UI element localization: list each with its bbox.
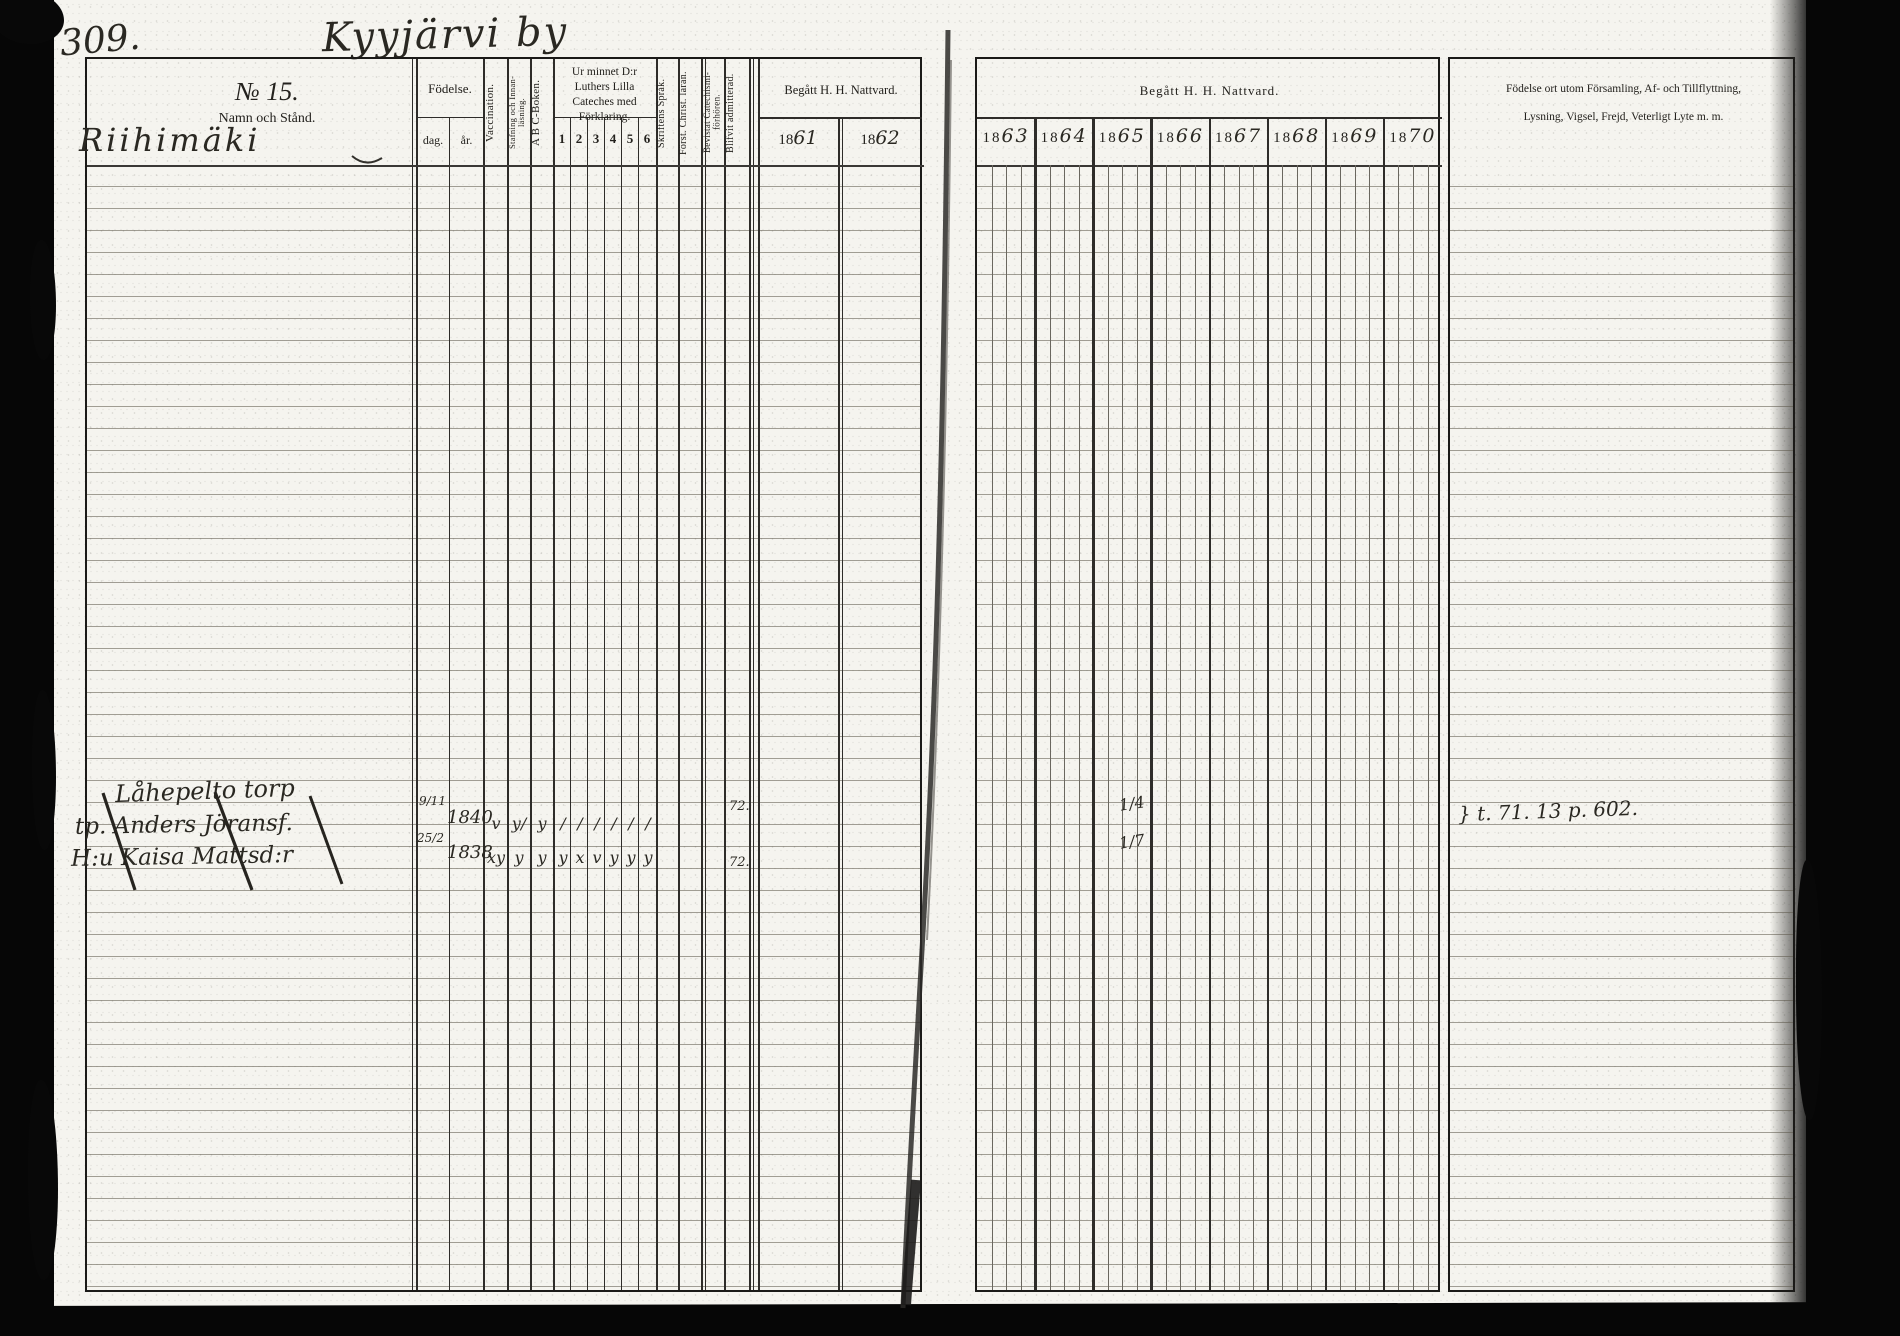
column-line — [570, 117, 571, 1290]
sub-column-line — [1355, 165, 1356, 1290]
row-ruling — [1450, 165, 1793, 1288]
examination-mark: y — [532, 814, 552, 833]
sub-column-line — [1398, 165, 1399, 1290]
scanned-parish-register-page: 309. Kyyjärvi by № 15. Namn och Stånd. F… — [0, 0, 1900, 1336]
examination-mark: xy — [486, 848, 506, 867]
attended-examinations-header: Bevistat Catechismi-förhören. — [703, 61, 724, 163]
column-line — [638, 117, 639, 1290]
admitted-mark-row2: 72. — [729, 855, 750, 870]
village-name-handwritten: Riihimäki — [79, 121, 260, 159]
sub-column-line — [1311, 165, 1312, 1290]
examination-mark: y — [509, 848, 529, 867]
column-line — [758, 59, 760, 1290]
examination-mark: y — [532, 848, 552, 867]
abc-book-header: A B C-Boken. — [531, 63, 553, 163]
right-page-communion-table: Begått H. H. Nattvard. 18631864186518661… — [975, 57, 1440, 1292]
header-divider — [758, 117, 922, 119]
communion-year-right: 1864 — [1035, 125, 1093, 147]
notes-header-line1: Födelse ort utom Församling, Af- och Til… — [1454, 83, 1793, 95]
sub-column-line — [1428, 165, 1429, 1290]
communion-date-mark: 1/7 — [1118, 830, 1146, 852]
catechism-grade-header: 3 — [588, 131, 604, 147]
communion-year-right: 1863 — [977, 125, 1035, 147]
column-line — [553, 59, 555, 1290]
birth-header: Födelse. — [417, 81, 483, 97]
sub-column-line — [1224, 165, 1225, 1290]
sub-column-line — [1253, 165, 1254, 1290]
examination-mark: y/ — [509, 814, 529, 833]
year-divider — [1267, 117, 1270, 1290]
sub-column-line — [1006, 165, 1007, 1290]
year-divider — [1034, 117, 1037, 1290]
column-line — [724, 59, 726, 1290]
sub-column-line — [1050, 165, 1051, 1290]
sub-column-line — [1064, 165, 1065, 1290]
column-line — [449, 117, 450, 1290]
sub-column-line — [1282, 165, 1283, 1290]
spelling-header: Stafning och Innan-läsning. — [508, 61, 530, 163]
year-divider — [1150, 117, 1153, 1290]
sub-column-line — [1122, 165, 1123, 1290]
column-line — [530, 59, 532, 1290]
sub-column-line — [1180, 165, 1181, 1290]
column-line — [678, 59, 680, 1290]
notes-column: Födelse ort utom Församling, Af- och Til… — [1448, 57, 1795, 1292]
column-line — [753, 59, 754, 1290]
scan-edge-right — [1806, 0, 1900, 1336]
year-divider — [1209, 117, 1212, 1290]
examination-mark: / — [638, 814, 658, 833]
person-name-row1: tp. Anders Jöransf. — [75, 810, 293, 840]
catechism-grade-header: 6 — [639, 131, 655, 147]
communion-date-mark: 1/4 — [1118, 792, 1146, 814]
scan-edge-bottom — [0, 1302, 1900, 1336]
scripture-header: Skriftens Språk. — [657, 63, 678, 163]
christian-doctrine-header: Först. Christ. läran. — [679, 63, 701, 163]
column-line — [838, 117, 840, 1290]
communion-year-right: 1866 — [1151, 125, 1209, 147]
year-divider — [1383, 117, 1386, 1290]
communion-year-right: 1870 — [1384, 125, 1442, 147]
column-line — [842, 117, 843, 1290]
row-ruling — [87, 165, 920, 1288]
column-line — [656, 59, 658, 1290]
sub-column-line — [1369, 165, 1370, 1290]
birth-day-header: dag. — [417, 133, 449, 148]
communion-header-right: Begått H. H. Nattvard. — [977, 83, 1442, 99]
admitted-header: Blifvit admitterad. — [726, 63, 748, 163]
admitted-mark-row1: 72. — [729, 799, 750, 814]
record-number: № 15. — [177, 77, 357, 107]
column-line — [507, 59, 509, 1290]
notes-header-line2: Lysning, Vigsel, Frejd, Veterligt Lyte m… — [1454, 111, 1793, 123]
catechism-grade-header: 5 — [622, 131, 638, 147]
sub-column-line — [1108, 165, 1109, 1290]
communion-year-right: 1868 — [1268, 125, 1326, 147]
sub-column-line — [1021, 165, 1022, 1290]
header-bottom-line — [87, 165, 924, 167]
catechism-grade-header: 4 — [605, 131, 621, 147]
column-line — [587, 117, 588, 1290]
sub-column-line — [992, 165, 993, 1290]
column-line — [483, 59, 485, 1290]
examination-mark: v — [486, 814, 506, 833]
catechism-grade-header: 1 — [554, 131, 570, 147]
communion-year-right: 1865 — [1093, 125, 1151, 147]
column-line — [749, 59, 751, 1290]
sub-column-line — [1340, 165, 1341, 1290]
book-title-handwritten: Kyyjärvi by — [321, 9, 568, 61]
sub-column-line — [1195, 165, 1196, 1290]
communion-year-right: 1869 — [1326, 125, 1384, 147]
column-line — [705, 59, 706, 1290]
sub-column-line — [1137, 165, 1138, 1290]
communion-year-right: 1867 — [1210, 125, 1268, 147]
year-divider — [1092, 117, 1095, 1290]
person-name-row2: H:u Kaisa Mattsd:r — [71, 842, 293, 872]
sub-column-line — [1413, 165, 1414, 1290]
communion-header-left: Begått H. H. Nattvard. — [758, 83, 924, 98]
birth-day-row2: 25/2 — [417, 831, 444, 845]
header-divider — [417, 117, 483, 118]
column-line — [604, 117, 605, 1290]
left-page-table: № 15. Namn och Stånd. Födelse. dag. år. … — [85, 57, 922, 1292]
catechism-grade-header: 2 — [571, 131, 587, 147]
birth-year-header: år. — [450, 133, 483, 148]
sub-column-line — [1166, 165, 1167, 1290]
sub-column-line — [1079, 165, 1080, 1290]
examination-mark: y — [638, 848, 658, 867]
communion-year-left: 1861 — [763, 127, 833, 149]
column-line — [701, 59, 703, 1290]
catechism-header: Ur minnet D:r Luthers Lilla Cateches med… — [555, 65, 654, 125]
column-line — [416, 59, 418, 1290]
communion-year-left: 1862 — [845, 127, 915, 149]
column-line — [412, 59, 413, 1290]
column-line — [621, 117, 622, 1290]
year-divider — [1325, 117, 1328, 1290]
sub-column-line — [1297, 165, 1298, 1290]
vaccination-header: Vaccination. — [485, 63, 507, 163]
sub-column-line — [1239, 165, 1240, 1290]
birth-day-row1: 9/11 — [419, 794, 446, 808]
